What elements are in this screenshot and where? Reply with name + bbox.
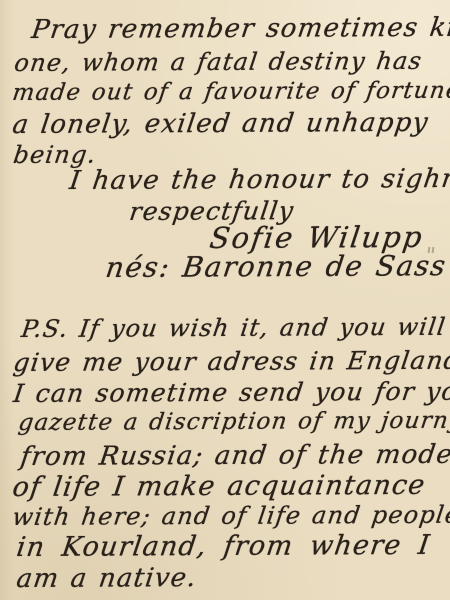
letter-line: being. xyxy=(12,143,98,167)
postscript-line: give me your adress in England, xyxy=(12,348,450,375)
postscript-line: P.S. If you wish it, and you will xyxy=(20,315,448,341)
postscript-line: in Kourland, from where I xyxy=(15,532,432,561)
letter-line: Pray remember sometimes kindly xyxy=(30,14,450,43)
postscript-line: of life I make acquaintance xyxy=(11,472,427,501)
postscript-line: gazette a discription of my journy, xyxy=(17,410,450,435)
postscript-line: with here; and of life and people xyxy=(11,503,450,529)
closing-line: I have the honour to sighn xyxy=(68,166,450,194)
signature-name: Sofie Wilupp xyxy=(208,223,425,253)
signature-origin: nés: Baronne de Sass xyxy=(104,252,448,282)
paper-speck xyxy=(427,247,435,255)
letter-page: Pray remember sometimes kindly one, whom… xyxy=(0,0,450,600)
letter-line: made out of a favourite of fortune, xyxy=(11,80,450,105)
postscript-line: am a native. xyxy=(15,565,199,592)
postscript-line: I can sometime send you for your xyxy=(12,379,450,406)
postscript-line: from Russia; and of the mode xyxy=(19,442,450,470)
letter-line: a lonely, exiled and unhappy xyxy=(11,110,430,138)
letter-line: one, whom a fatal destiny has xyxy=(13,49,424,75)
